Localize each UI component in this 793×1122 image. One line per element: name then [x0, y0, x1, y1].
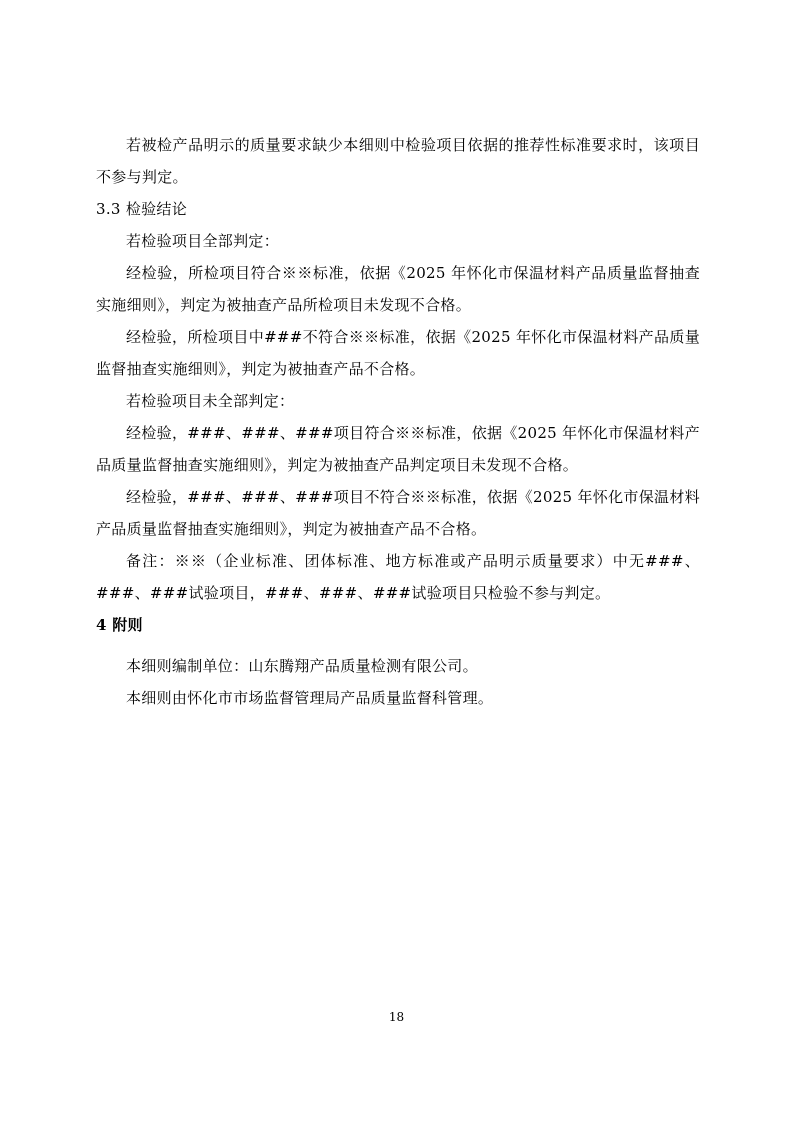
- paragraph-partial-items-pass: 经检验，###、###、###项目符合※※标准，依据《2025 年怀化市保温材料…: [96, 417, 700, 481]
- paragraph-partial-items-judged-intro: 若检验项目未全部判定：: [96, 385, 700, 417]
- page-number: 18: [0, 1007, 793, 1027]
- paragraph-recommended-standard-exclusion: 若被检产品明示的质量要求缺少本细则中检验项目依据的推荐性标准要求时，该项目不参与…: [96, 129, 700, 193]
- paragraph-all-items-judged-intro: 若检验项目全部判定：: [96, 225, 700, 257]
- paragraph-managing-authority: 本细则由怀化市市场监督管理局产品质量监督科管理。: [96, 682, 700, 714]
- heading-4-supplementary-provisions: 4 附则: [96, 609, 700, 641]
- document-page: 若被检产品明示的质量要求缺少本细则中检验项目依据的推荐性标准要求时，该项目不参与…: [0, 0, 793, 1122]
- paragraph-all-items-pass: 经检验，所检项目符合※※标准，依据《2025 年怀化市保温材料产品质量监督抽查实…: [96, 257, 700, 321]
- heading-3-3-inspection-conclusion: 3.3 检验结论: [96, 193, 700, 225]
- paragraph-remark-note: 备注：※※（企业标准、团体标准、地方标准或产品明示质量要求）中无###、###、…: [96, 545, 700, 609]
- paragraph-compiling-organization: 本细则编制单位：山东腾翔产品质量检测有限公司。: [96, 650, 700, 682]
- paragraph-all-items-fail: 经检验，所检项目中###不符合※※标准，依据《2025 年怀化市保温材料产品质量…: [96, 321, 700, 385]
- document-body: 若被检产品明示的质量要求缺少本细则中检验项目依据的推荐性标准要求时，该项目不参与…: [96, 129, 700, 714]
- paragraph-partial-items-fail: 经检验，###、###、###项目不符合※※标准，依据《2025 年怀化市保温材…: [96, 481, 700, 545]
